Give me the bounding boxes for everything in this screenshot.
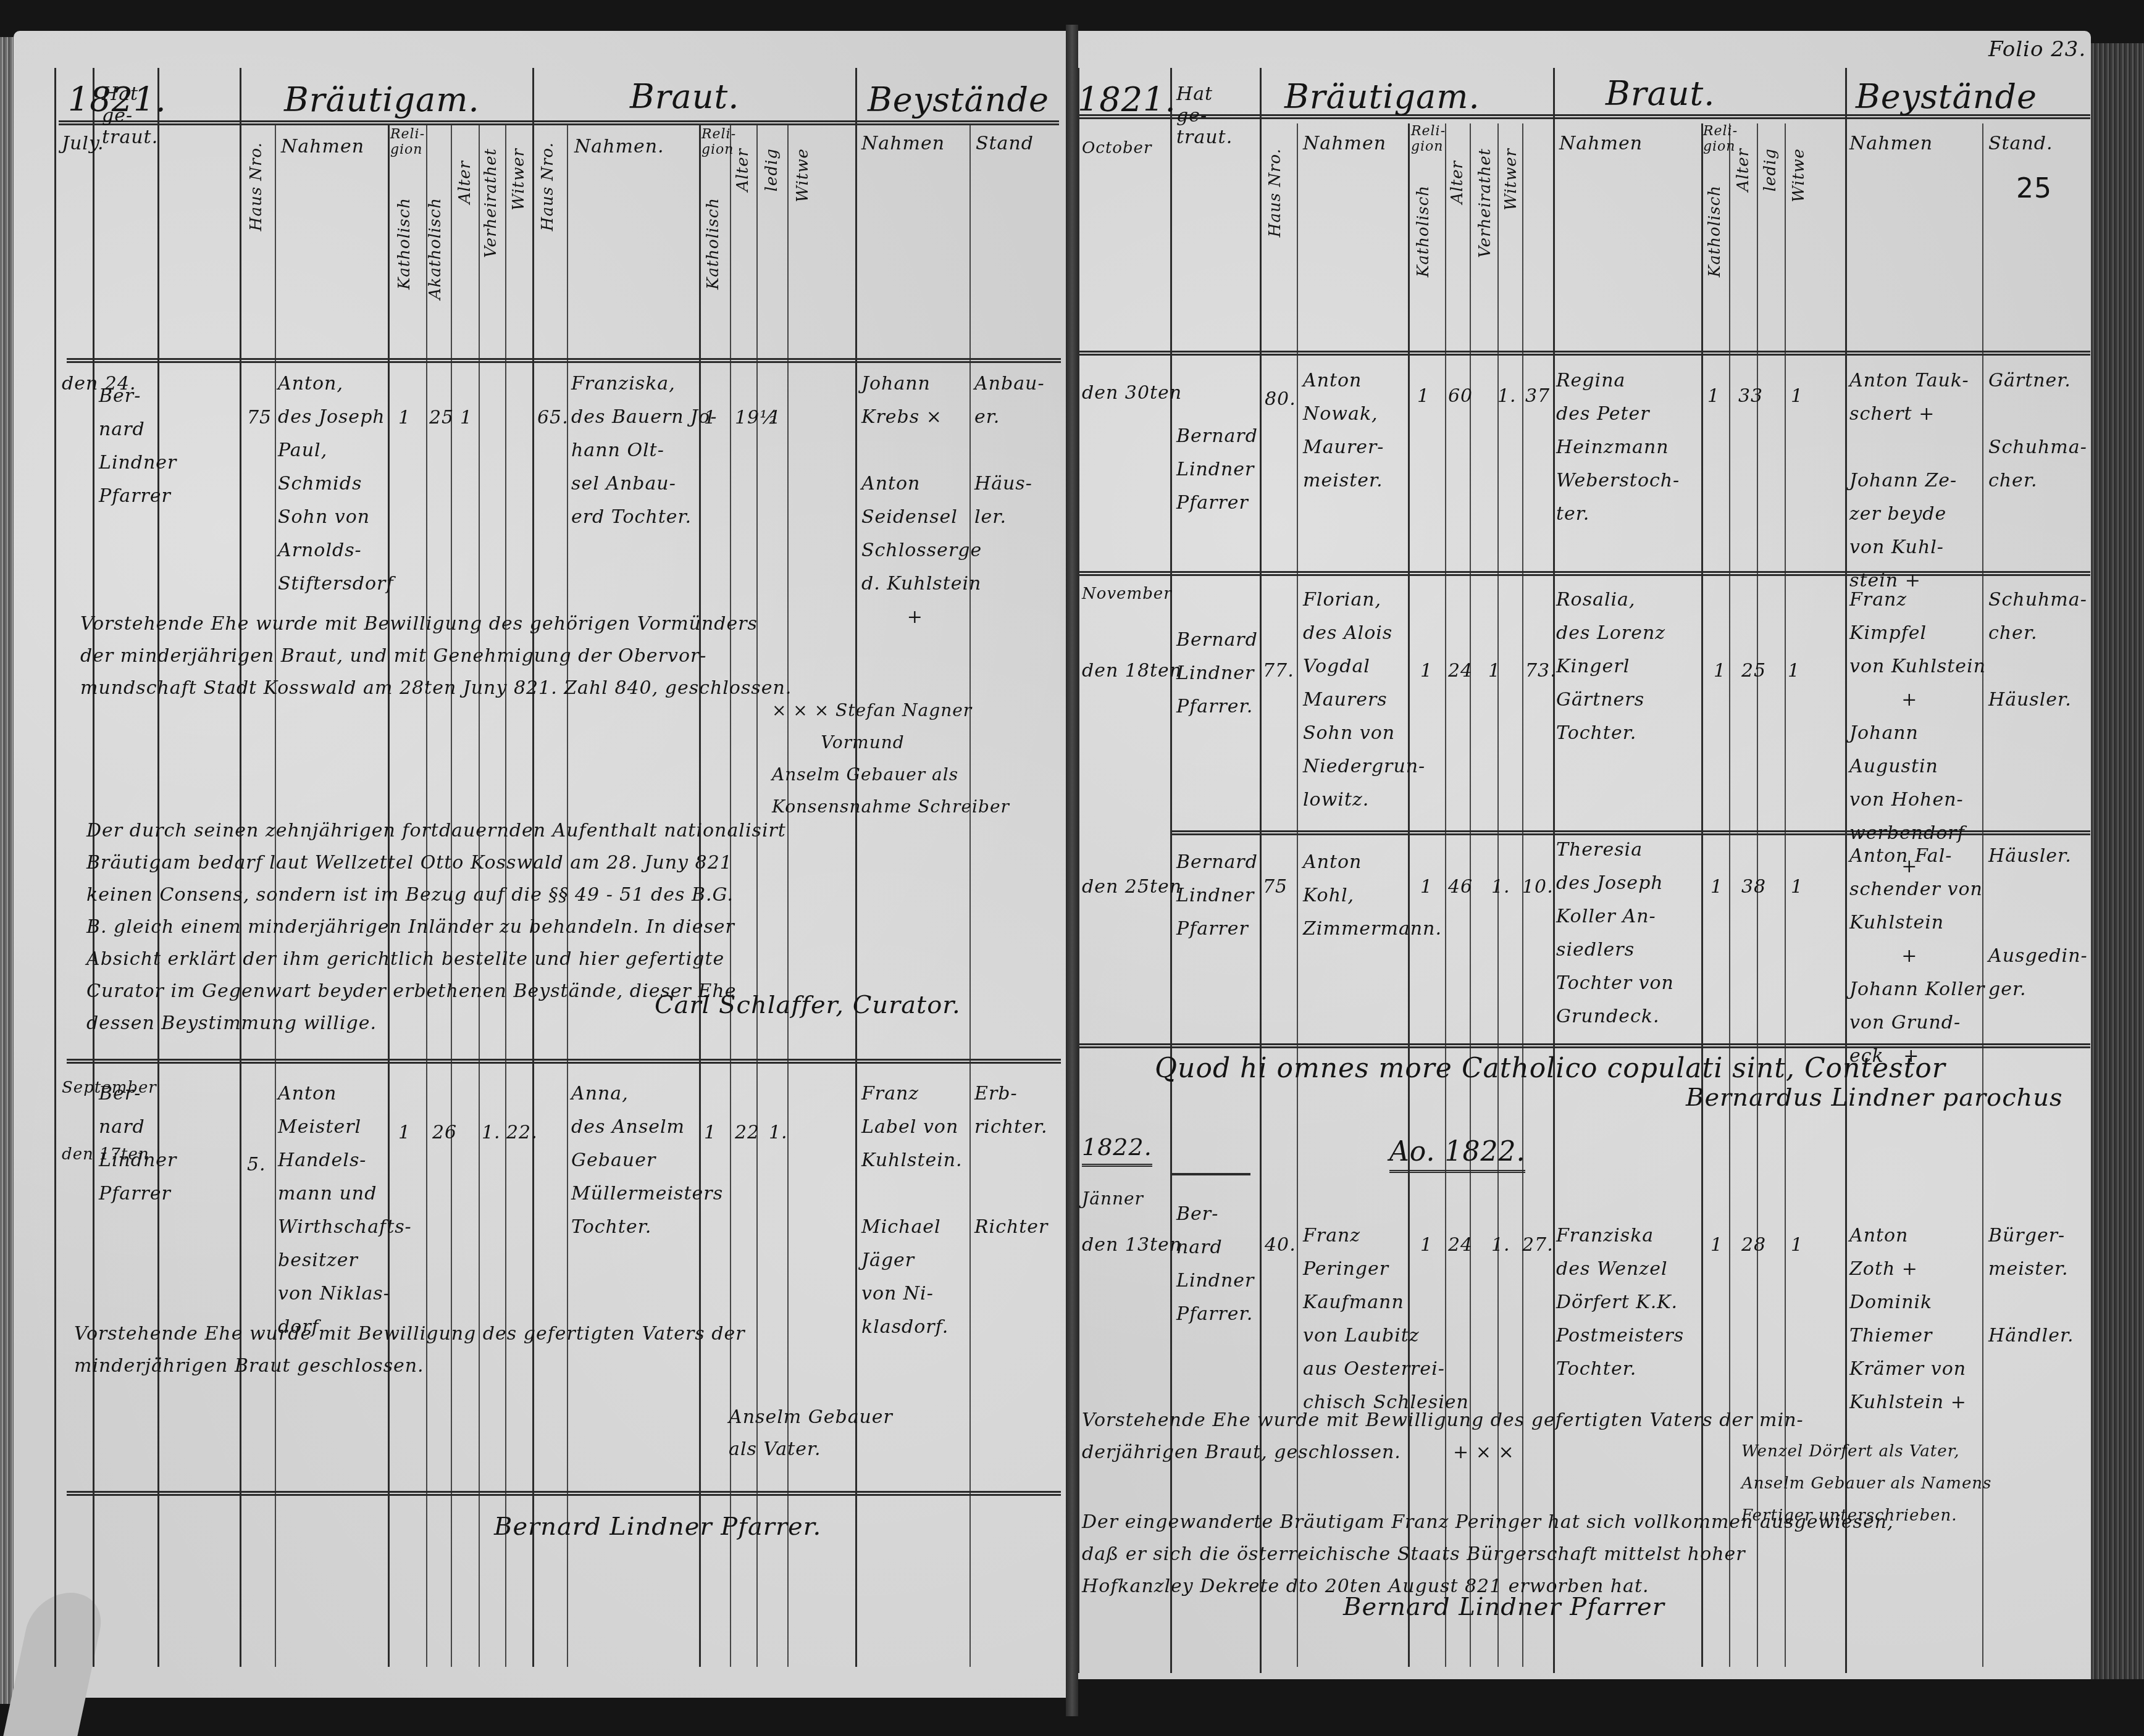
latin-signer: Bernardus Lindner parochus [1686, 1083, 2063, 1112]
register-spread: 1821. Hat ge-traut. Bräutigam. Braut. Be… [0, 0, 2144, 1736]
groom-house-no-header: Haus Nro. [247, 142, 266, 231]
entry-rule [67, 1059, 1061, 1064]
rule [54, 68, 56, 1667]
groom-married-header: Verheirathet [482, 148, 500, 258]
braeutigam-header: Bräutigam. [284, 80, 480, 119]
groom-house-no: 77. [1263, 654, 1294, 688]
witness-status: Gärtner. Schuhma- cher. [1988, 364, 2087, 498]
hat-getraut-header: Hat ge-traut. [102, 83, 157, 148]
bride-status: 1 [769, 401, 781, 435]
groom-age: 24 [1448, 1229, 1473, 1262]
groom-status: 1. [1491, 1229, 1510, 1262]
witness-names: Franz Label von Kuhlstein. Michael Jäger… [861, 1077, 963, 1344]
bride-religion-header: Reli-gion [1703, 123, 1731, 154]
bride-age: 33 [1738, 380, 1763, 413]
groom-name: Anton Nowak, Maurer- meister. [1303, 364, 1384, 498]
bride-status: 1 [1791, 380, 1803, 413]
groom-house-no: 5. [247, 1148, 266, 1182]
groom-catholic-header: Katholisch [1414, 185, 1433, 277]
braut-header: Braut. [1606, 74, 1715, 113]
groom-house-no-header: Haus Nro. [1266, 148, 1284, 237]
groom-name: Anton Meisterl Handels- mann und Wirthsc… [278, 1077, 412, 1344]
groom-age: 24 [1448, 654, 1473, 688]
groom-extra: 22. [506, 1116, 538, 1150]
entry-priest: Bernard Lindner Pfarrer. [1176, 624, 1258, 724]
bride-religion: 1 [1711, 1229, 1723, 1262]
groom-house-no: 80. [1265, 383, 1296, 416]
bride-catholic-header: Katholisch [1706, 185, 1724, 277]
groom-status: 1. [1491, 870, 1510, 904]
bride-age: 25 [1741, 654, 1766, 688]
bride-age: 38 [1741, 870, 1766, 904]
witness-names: Johann Krebs × Anton Seidensel Schlosser… [861, 367, 982, 634]
pastor-signature: Bernard Lindner Pfarrer [1343, 1593, 1665, 1621]
latin-attestation: Quod hi omnes more Catholico copulati si… [1155, 1053, 1946, 1084]
groom-religion: 1 [1420, 1229, 1433, 1262]
witness-status-header: Stand [976, 133, 1034, 154]
groom-status: 1. [482, 1116, 501, 1150]
groom-religion: 1 [398, 1116, 411, 1150]
groom-status: 1 [460, 401, 472, 435]
groom-house-no: 75 [1263, 870, 1288, 904]
year-header: 1821. [1078, 80, 1176, 119]
bride-single-header: ledig [763, 148, 781, 191]
beystaende-header: Beyständе [1856, 77, 2037, 116]
entry-rule [67, 358, 1061, 363]
father-signature: Anselm Gebauer als Vater. [729, 1401, 893, 1466]
month-header: July. [62, 133, 104, 154]
groom-married-header: Verheirathet [1476, 148, 1494, 258]
folio-number: Folio 23. [1988, 37, 2086, 62]
bride-house-no: 10. [1522, 870, 1554, 904]
consent-note: Vorstehende Ehe wurde mit Bewilligung de… [80, 608, 792, 704]
witness-names: Franz Kimpfel von Kuhlstein + Johann Aug… [1849, 583, 1986, 883]
groom-religion: 1 [1420, 870, 1433, 904]
entry-date: den 13ten [1082, 1229, 1182, 1262]
bride-single-header: ledig [1761, 148, 1780, 191]
groom-age-header: Alter [1448, 161, 1467, 204]
bride-name: Rosalia, des Lorenz Kingerl Gärtners Toc… [1556, 583, 1665, 750]
entry-rule [1078, 351, 2090, 356]
groom-status: 1 [1488, 654, 1501, 688]
groom-name: Anton, des Joseph Paul, Schmids Sohn von… [278, 367, 394, 601]
groom-religion: 1 [398, 401, 411, 435]
groom-widower-header: Witwer [509, 148, 528, 211]
bride-house-no: 27. [1522, 1229, 1554, 1262]
bride-name-header: Nahmen. [574, 136, 664, 157]
groom-house-no: 40. [1265, 1229, 1296, 1262]
hat-getraut-header: Hat ge-traut. [1176, 83, 1232, 148]
braeutigam-header: Bräutigam. [1284, 77, 1480, 116]
braut-header: Braut. [630, 77, 739, 116]
groom-age: 60 [1448, 380, 1473, 413]
bride-name: Franziska des Wenzel Dörfert K.K. Postme… [1556, 1219, 1684, 1386]
groom-age: 26 [432, 1116, 457, 1150]
bride-name: Franziska, des Bauern Jo- hann Olt- sel … [571, 367, 717, 534]
groom-religion: 1 [1420, 654, 1433, 688]
bride-status: 1 [1791, 1229, 1803, 1262]
bride-religion: 1 [1711, 870, 1723, 904]
bride-age: 28 [1741, 1229, 1766, 1262]
entry-priest: Ber- nard Lindner Pfarrer [99, 380, 177, 513]
entry-month: Jänner [1082, 1182, 1144, 1216]
bride-catholic-header: Katholisch [704, 198, 722, 290]
bride-house-no: 73. [1525, 654, 1557, 688]
bride-religion: 1 [704, 401, 716, 435]
witness-names: Anton Tauk- schert + Johann Ze- zer beyd… [1849, 364, 1969, 598]
entry-priest: Bernard Lindner Pfarrer [1176, 420, 1258, 520]
book-spine [1066, 25, 1078, 1716]
entry-date: den 25ten [1082, 870, 1182, 904]
groom-religion: 1 [1417, 380, 1430, 413]
curator-signature: Carl Schlaffer, Curator. [655, 991, 961, 1019]
witness-name-header: Nahmen [1849, 133, 1933, 154]
right-page-edges [2091, 43, 2144, 1679]
witness-status: Häusler. Ausgedin- ger. [1988, 840, 2088, 1006]
groom-catholic-header: Katholisch [395, 198, 414, 290]
groom-age: 25 [429, 401, 454, 435]
bride-status: 1 [1791, 870, 1803, 904]
witness-status: Bürger- meister. Händler. [1988, 1219, 2074, 1353]
bride-status: 1. [769, 1116, 788, 1150]
bride-name-header: Nahmen [1559, 133, 1643, 154]
witness-names: Anton Fal- schender von Kuhlstein + Joha… [1849, 840, 1985, 1073]
bride-name: Anna, des Anselm Gebauer Müllermeisters … [571, 1077, 723, 1244]
bride-status: 1 [1788, 654, 1800, 688]
entry-year: 1822. [1082, 1133, 1152, 1167]
rule [1845, 68, 1847, 1673]
witness-status: Anbau- er. Häus- ler. [974, 367, 1045, 534]
bride-house-no-header: Haus Nro. [538, 142, 557, 231]
beystaende-header: Beyständе [868, 80, 1049, 119]
groom-house-no: 75 [247, 401, 272, 435]
bride-name: Regina des Peter Heinzmann Weberstoch- t… [1556, 364, 1680, 531]
year-1822-heading: Ao. 1822. [1389, 1136, 1525, 1173]
groom-name-header: Nahmen [281, 136, 364, 157]
bride-widow-header: Witwe [794, 148, 812, 202]
entry-rule [67, 1491, 1061, 1496]
groom-name: Florian, des Alois Vogdal Maurers Sohn v… [1303, 583, 1425, 817]
bride-age: 22 [735, 1116, 760, 1150]
rule [969, 123, 971, 1667]
naturalization-note: Der eingewanderte Bräutigam Franz Pering… [1082, 1506, 1894, 1603]
groom-status: 1. [1497, 380, 1517, 413]
bride-house-no: 65. [537, 401, 569, 435]
consent-signers: × × × Stefan Nagner Vormund Anselm Gebau… [772, 695, 1010, 823]
bride-age-header: Alter [734, 148, 752, 191]
witness-status: Erb- richter. Richter [974, 1077, 1048, 1244]
groom-age: 46 [1448, 870, 1473, 904]
pastor-signature: Bernard Lindner Pfarrer. [494, 1513, 821, 1541]
witness-status-header: Stand. [1988, 133, 2053, 154]
bride-name: Theresia des Joseph Koller An- siedlers … [1556, 833, 1674, 1033]
header-rule [59, 120, 1059, 125]
rule [1078, 68, 1079, 1673]
groom-religion-header: Reli-gion [390, 127, 427, 157]
bride-religion: 1 [704, 1116, 716, 1150]
bride-religion: 1 [1714, 654, 1726, 688]
bride-house-no: 37 [1525, 380, 1550, 413]
groom-name: Franz Peringer Kaufmann von Laubitz aus … [1303, 1219, 1469, 1419]
entry-priest: Ber- nard Lindner Pfarrer [99, 1077, 177, 1211]
groom-age-header: Alter [456, 161, 474, 204]
entry-priest: Ber- nard Lindner Pfarrer. [1176, 1198, 1254, 1331]
page-number-stamp: 25 [2016, 173, 2052, 204]
month-header: October [1082, 139, 1152, 157]
witness-name-header: Nahmen [861, 133, 945, 154]
entry-month: November [1082, 577, 1172, 611]
groom-widower-header: Witwer [1502, 148, 1520, 211]
bride-religion-header: Reli-gion [701, 127, 732, 157]
entry-date: den 30ten [1082, 377, 1182, 410]
bride-religion: 1 [1707, 380, 1720, 413]
groom-noncatholic-header: Akatholisch [426, 198, 445, 299]
groom-religion-header: Reli-gion [1411, 123, 1445, 154]
rule [1170, 1173, 1250, 1175]
witness-names: Anton Zoth + Dominik Thiemer Krämer von … [1849, 1219, 1967, 1419]
bride-age-header: Alter [1734, 148, 1752, 191]
witness-status: Schuhma- cher. Häusler. [1988, 583, 2087, 717]
groom-name-header: Nahmen [1303, 133, 1386, 154]
bride-widow-header: Witwe [1790, 148, 1808, 202]
consent-note: Vorstehende Ehe wurde mit Bewilligung de… [1082, 1404, 1804, 1469]
consent-note: Vorstehende Ehe wurde mit Bewilligung de… [74, 1318, 745, 1382]
entry-date: den 18ten [1082, 654, 1182, 688]
entry-priest: Bernard Lindner Pfarrer [1176, 846, 1258, 946]
